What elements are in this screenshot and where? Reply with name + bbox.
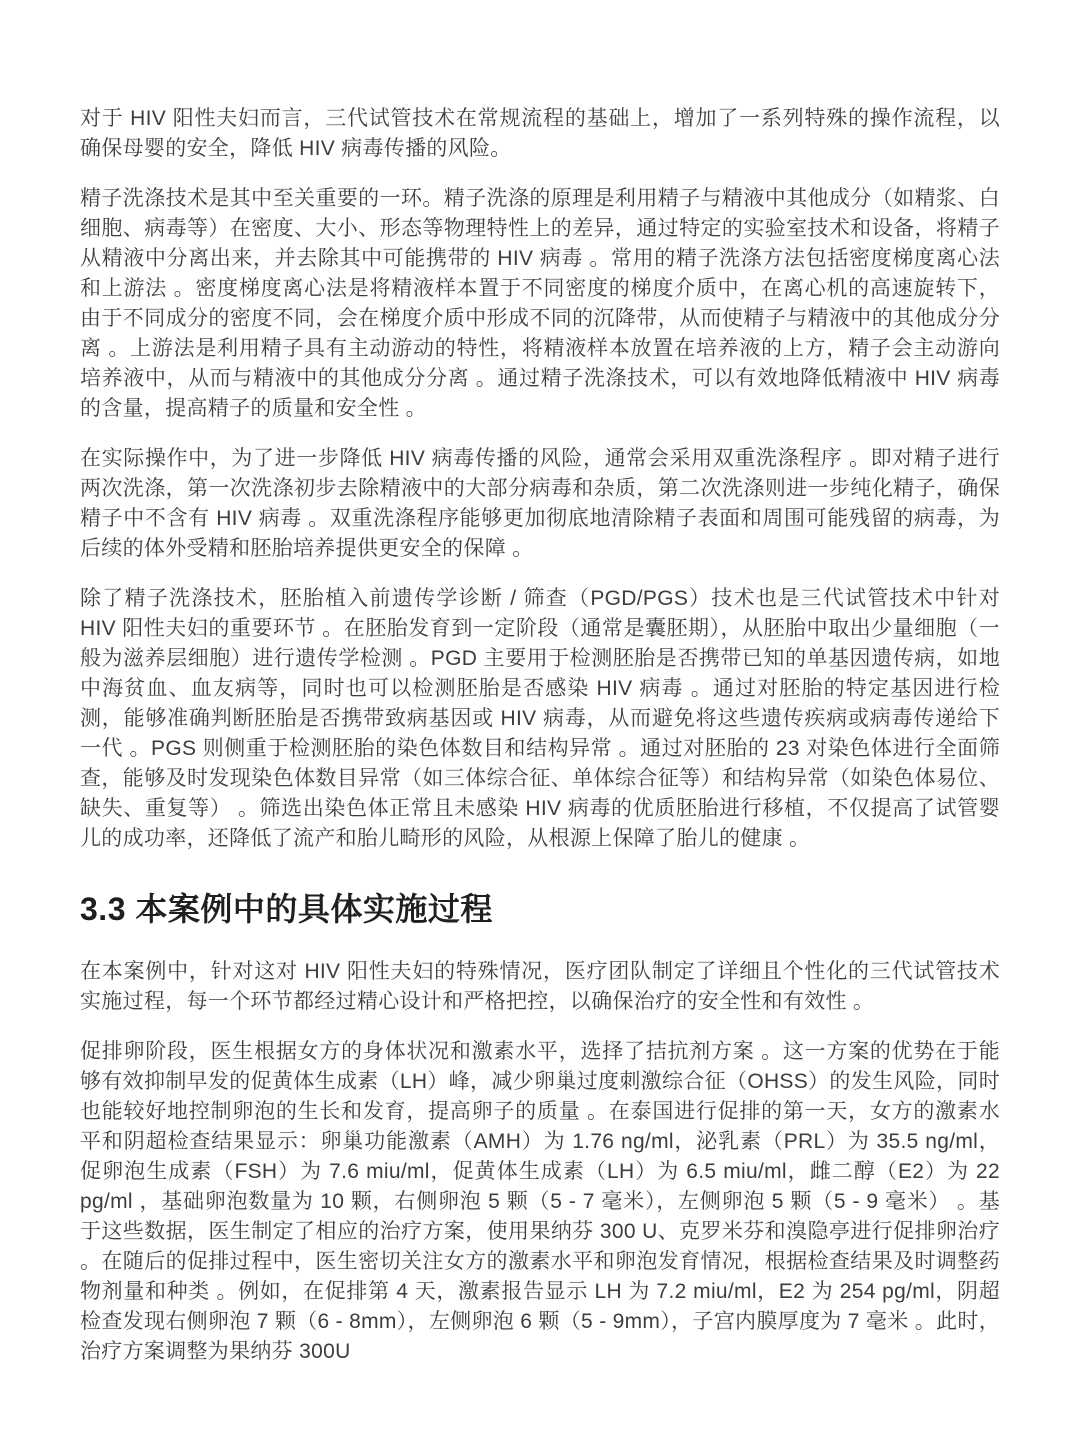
paragraph-ovulation-stimulation-details: 促排卵阶段，医生根据女方的身体状况和激素水平，选择了拮抗剂方案 。这一方案的优势…	[80, 1037, 1000, 1367]
document-page: 对于 HIV 阳性夫妇而言，三代试管技术在常规流程的基础上，增加了一系列特殊的操…	[0, 0, 1080, 1439]
paragraph-double-washing-procedure: 在实际操作中，为了进一步降低 HIV 病毒传播的风险，通常会采用双重洗涤程序 。…	[80, 444, 1000, 564]
paragraph-hiv-positive-couples: 对于 HIV 阳性夫妇而言，三代试管技术在常规流程的基础上，增加了一系列特殊的操…	[80, 104, 1000, 164]
section-heading-3-3: 3.3 本案例中的具体实施过程	[80, 889, 1000, 929]
paragraph-case-implementation-overview: 在本案例中，针对这对 HIV 阳性夫妇的特殊情况，医疗团队制定了详细且个性化的三…	[80, 957, 1000, 1017]
paragraph-pgd-pgs-screening: 除了精子洗涤技术，胚胎植入前遗传学诊断 / 筛查（PGD/PGS）技术也是三代试…	[80, 584, 1000, 854]
page-bottom-fade	[0, 1423, 1080, 1439]
paragraph-sperm-washing-technique: 精子洗涤技术是其中至关重要的一环。精子洗涤的原理是利用精子与精液中其他成分（如精…	[80, 184, 1000, 424]
